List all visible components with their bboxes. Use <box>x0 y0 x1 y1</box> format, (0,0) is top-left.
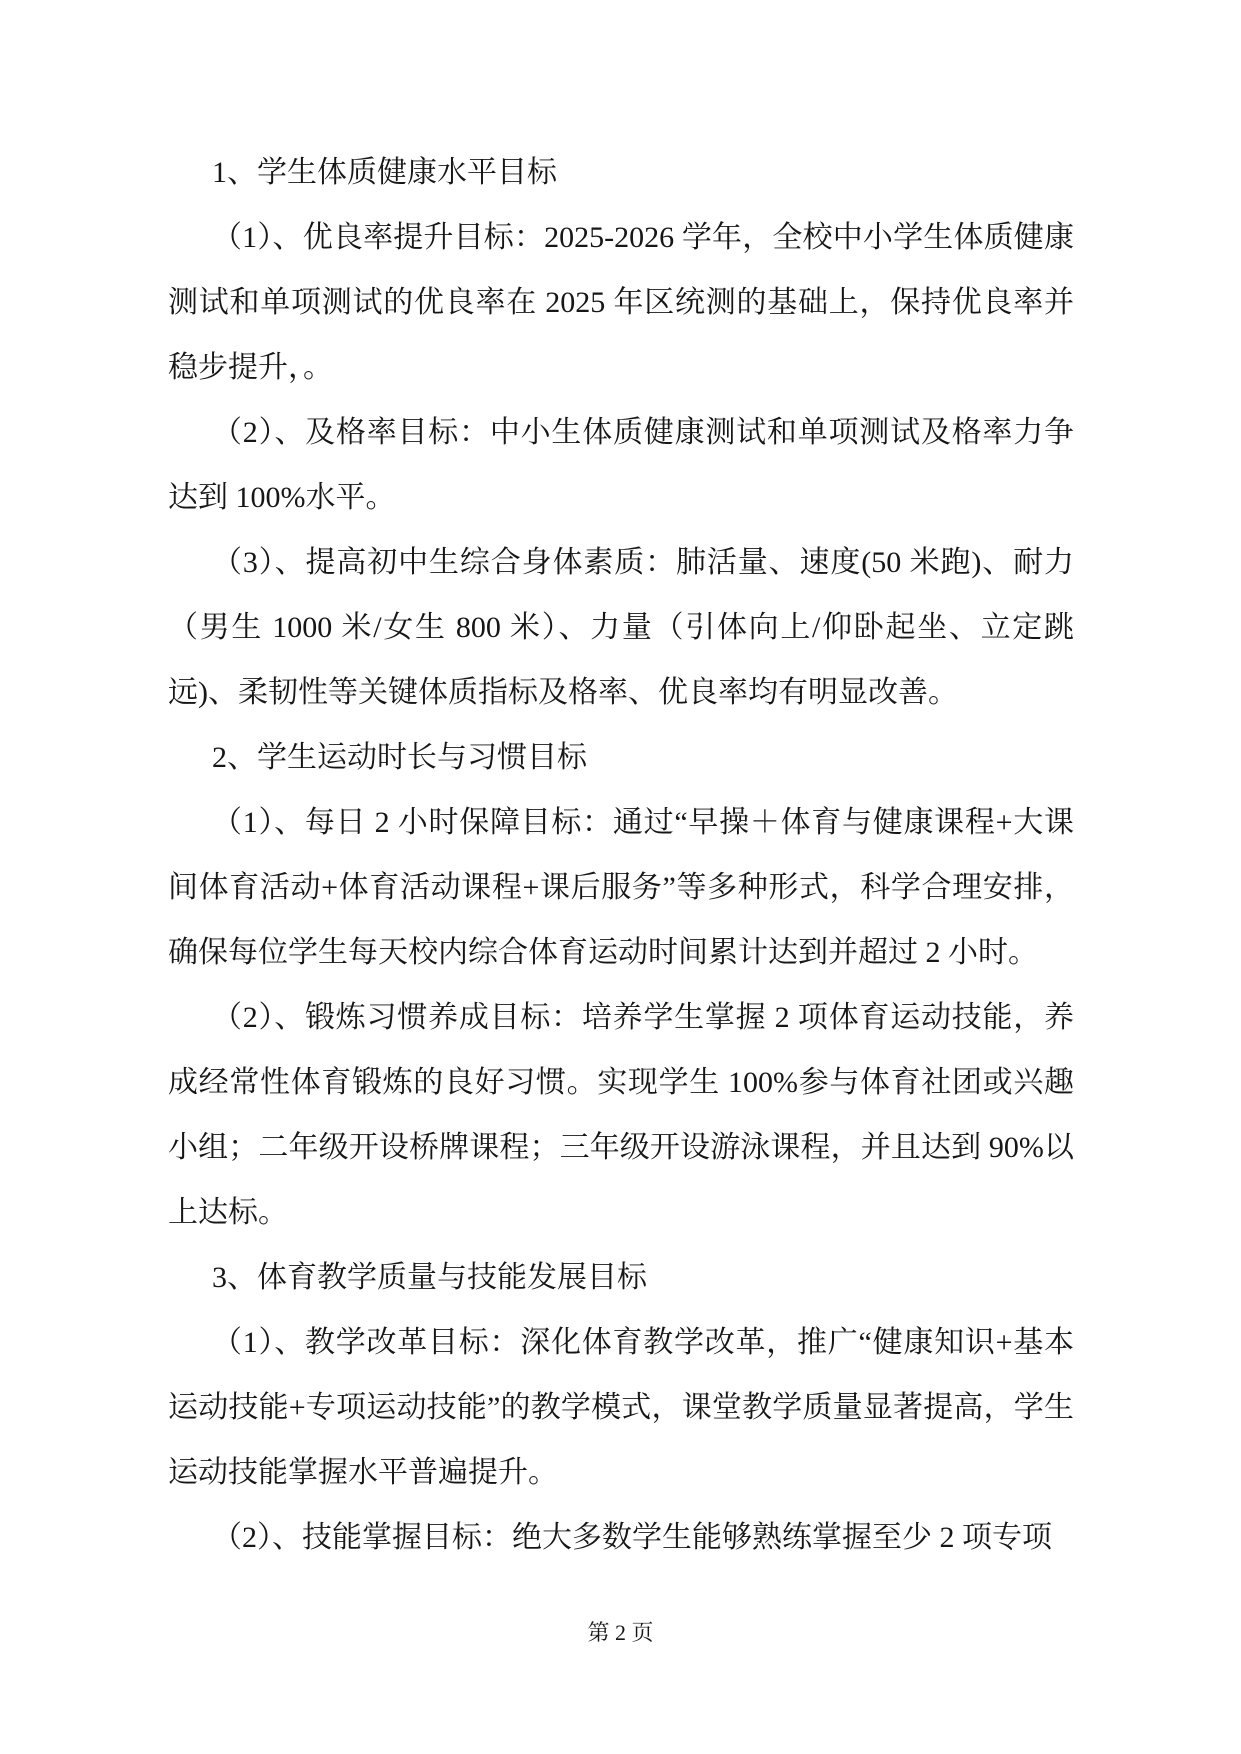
paragraph-goal-1-2: （2）、及格率目标：中小生体质健康测试和单项测试及格率力争达到 100%水平。 <box>168 400 1074 530</box>
page-footer: 第 2 页 <box>0 1618 1241 1648</box>
paragraph-heading-1: 1、学生体质健康水平目标 <box>168 140 1074 205</box>
paragraph-heading-2: 2、学生运动时长与习惯目标 <box>168 725 1074 790</box>
paragraph-goal-2-1: （1）、每日 2 小时保障目标：通过“早操＋体育与健康课程+大课间体育活动+体育… <box>168 790 1074 985</box>
document-body: 1、学生体质健康水平目标 （1）、优良率提升目标：2025-2026 学年，全校… <box>168 140 1074 1570</box>
paragraph-heading-3: 3、体育教学质量与技能发展目标 <box>168 1245 1074 1310</box>
paragraph-goal-1-1: （1）、优良率提升目标：2025-2026 学年，全校中小学生体质健康测试和单项… <box>168 205 1074 400</box>
paragraph-goal-2-2: （2）、锻炼习惯养成目标：培养学生掌握 2 项体育运动技能，养成经常性体育锻炼的… <box>168 985 1074 1245</box>
document-page: 1、学生体质健康水平目标 （1）、优良率提升目标：2025-2026 学年，全校… <box>0 0 1241 1754</box>
paragraph-goal-3-1: （1）、教学改革目标：深化体育教学改革，推广“健康知识+基本运动技能+专项运动技… <box>168 1310 1074 1505</box>
paragraph-goal-3-2: （2）、技能掌握目标：绝大多数学生能够熟练掌握至少 2 项专项 <box>168 1505 1074 1570</box>
paragraph-goal-1-3: （3）、提高初中生综合身体素质：肺活量、速度(50 米跑)、耐力（男生 1000… <box>168 530 1074 725</box>
page-number: 第 2 页 <box>587 1620 653 1645</box>
